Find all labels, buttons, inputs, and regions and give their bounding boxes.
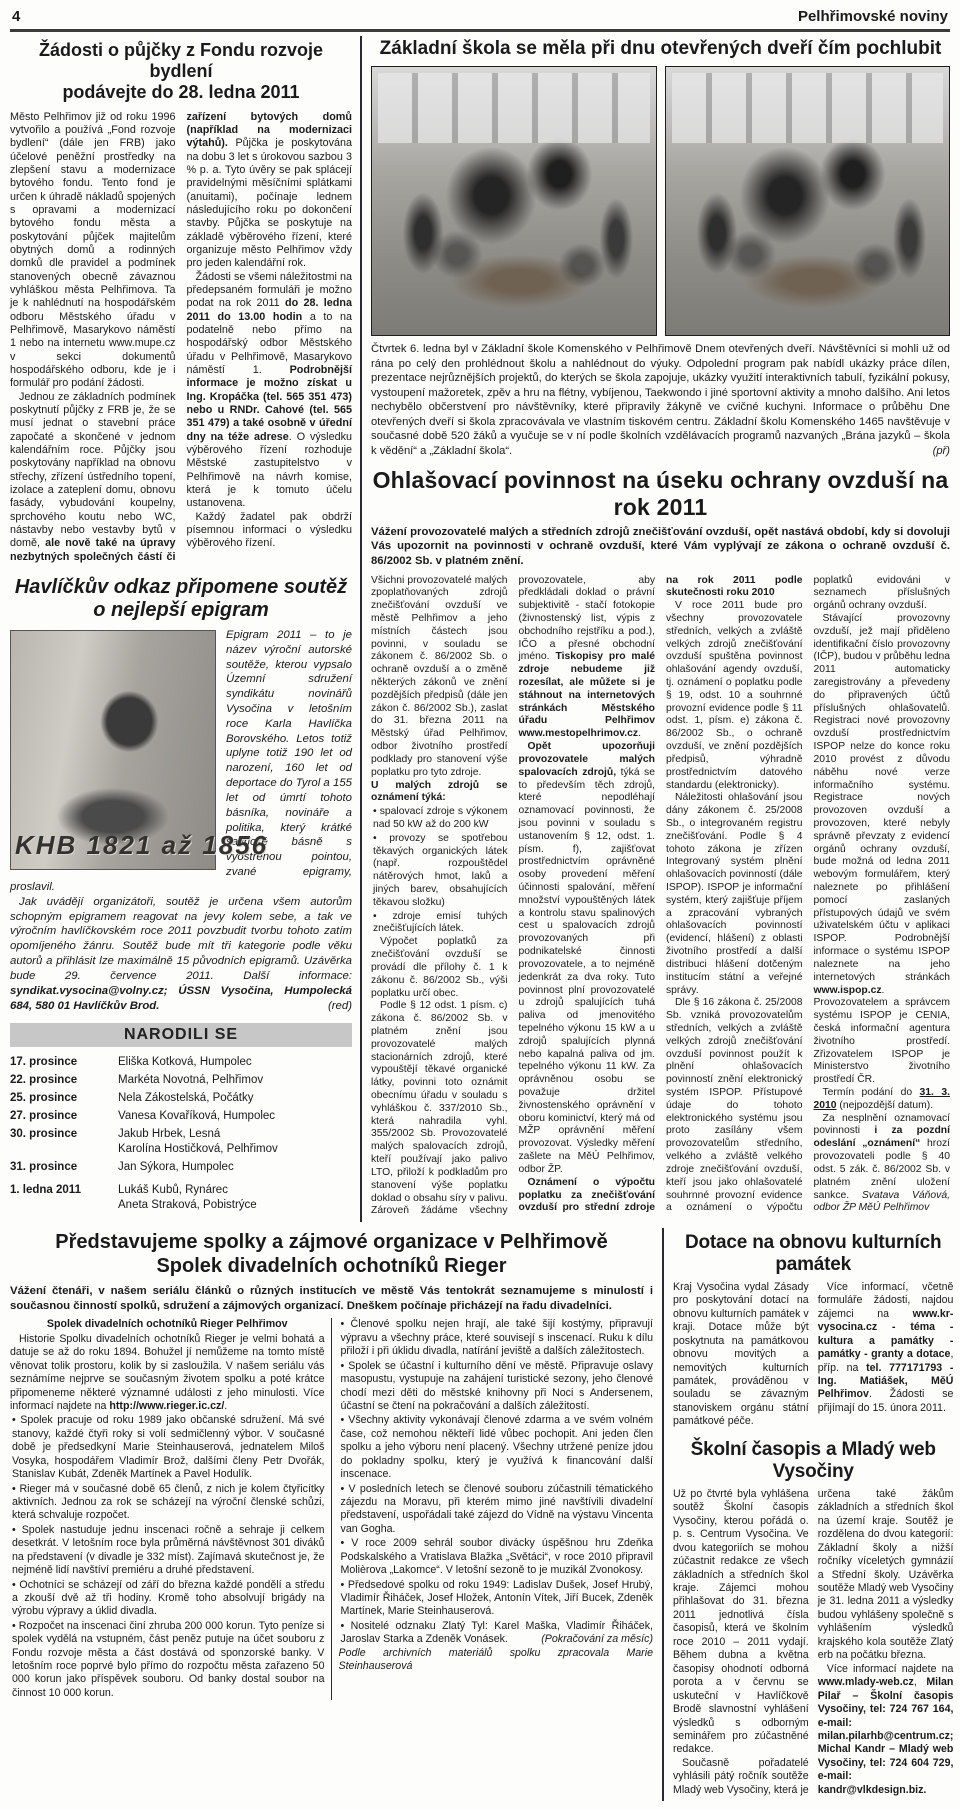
birth-names: Eliška Kotková, Humpolec	[118, 1055, 352, 1070]
epigram-article: KHB 1821 až 1856 Epigram 2011 – to je ná…	[10, 628, 352, 1014]
loan-title-line2: podávejte do 28. ledna 2011	[10, 82, 352, 103]
paragraph: Jak uvádějí organizátoři, soutěž je urče…	[10, 895, 352, 1014]
classroom-photo-2	[665, 66, 951, 336]
left-column: Žádosti o půjčky z Fondu rozvoje bydlení…	[10, 36, 362, 1222]
birth-date: 25. prosince	[10, 1091, 118, 1106]
birth-names: Lukáš Kubů, RynárecAneta Straková, Pobis…	[118, 1183, 352, 1213]
air-article-lead: Vážení provozovatelé malých a středních …	[371, 525, 950, 569]
air-article-title: Ohlašovací povinnost na úseku ochrany ov…	[371, 467, 950, 521]
classroom-photo-1	[371, 66, 657, 336]
paragraph: • Nositelé odznaku Zlatý Tyl: Karel Mašk…	[339, 1620, 654, 1647]
birth-entry: 31. prosinceJan Sýkora, Humpolec	[10, 1160, 352, 1175]
page-number: 4	[12, 8, 20, 25]
birth-entry: 17. prosinceEliška Kotková, Humpolec	[10, 1055, 352, 1070]
birth-names: Jan Sýkora, Humpolec	[118, 1160, 352, 1175]
spolek-heading-line1: Představujeme spolky a zájmové organizac…	[10, 1230, 653, 1254]
spolek-heading-line2: Spolek divadelních ochotníků Rieger	[10, 1254, 653, 1278]
paragraph: • Spolek nastuduje jednu inscenaci ročně…	[10, 1524, 325, 1578]
dotace-article-title: Dotace na obnovu kulturních památek	[673, 1232, 953, 1276]
webmag-article-title: Školní časopis a Mladý web Vysočiny	[673, 1439, 953, 1483]
birth-list: 17. prosinceEliška Kotková, Humpolec22. …	[10, 1055, 352, 1212]
birth-date: 31. prosince	[10, 1160, 118, 1175]
photo-row	[371, 66, 950, 336]
birth-entry: 27. prosinceVanesa Kovaříková, Humpolec	[10, 1109, 352, 1124]
right-column: Základní škola se měla při dnu otevřenýc…	[362, 36, 950, 1222]
epigram-title-line1: Havlíčkův odkaz připomene soutěž	[10, 576, 352, 599]
birth-names: Vanesa Kovaříková, Humpolec	[118, 1109, 352, 1124]
birth-date: 1. ledna 2011	[10, 1183, 118, 1213]
epigram-title-line2: o nejlepší epigram	[10, 599, 352, 622]
birth-date: 17. prosince	[10, 1055, 118, 1070]
bottom-grid: Představujeme spolky a zájmové organizac…	[10, 1228, 950, 1801]
paragraph: • V posledních letech se členové souboru…	[339, 1483, 654, 1537]
webmag-article-body: Už po čtvrté byla vyhlášena soutěž Školn…	[673, 1488, 953, 1797]
epigram-title: Havlíčkův odkaz připomene soutěž o nejle…	[10, 576, 352, 622]
paragraph: Opět upozorňuji provozovatele malých spa…	[519, 741, 656, 1177]
dotace-article-body: Kraj Vysočina vydal Zásady pro poskytová…	[673, 1281, 953, 1429]
paragraph: Kraj Vysočina vydal Zásady pro poskytová…	[673, 1281, 809, 1429]
paragraph: • Členové spolku nejen hrají, ale také š…	[339, 1318, 654, 1358]
paragraph: Už po čtvrté byla vyhlášena soutěž Školn…	[673, 1488, 809, 1757]
paragraph: • provozy se spotřebou těkavých organick…	[371, 833, 508, 910]
birth-names: Markéta Novotná, Pelhřimov	[118, 1073, 352, 1088]
paragraph: Více informací najdete na www.mlady-web.…	[818, 1663, 954, 1798]
paragraph: Vážení čtenáři, v našem seriálu článků o…	[10, 1284, 653, 1314]
paragraph: Za nesplnění oznamovací povinnosti i za …	[814, 1113, 951, 1216]
school-article-title: Základní škola se měla při dnu otevřenýc…	[371, 38, 950, 60]
newspaper-page: 4 Pelhřimovské noviny Žádosti o půjčky z…	[0, 0, 960, 1809]
paragraph: • Rieger má v současné době 65 členů, z …	[10, 1483, 325, 1523]
page-header: 4 Pelhřimovské noviny	[10, 6, 950, 32]
paragraph: • zdroje emisí tuhých znečišťujících lát…	[371, 911, 508, 937]
paragraph: Vážení provozovatelé malých a středních …	[371, 525, 950, 569]
birth-entry: 1. ledna 2011Lukáš Kubů, RynárecAneta St…	[10, 1183, 352, 1213]
spolek-article-body: Spolek divadelních ochotníků Rieger Pelh…	[10, 1318, 653, 1700]
paragraph: Historie Spolku divadelních ochotníků Ri…	[10, 1333, 325, 1414]
paragraph: • Spolek pracuje od roku 1989 jako občan…	[10, 1414, 325, 1481]
paragraph: Spolek divadelních ochotníků Rieger Pelh…	[10, 1318, 325, 1331]
paragraph: U malých zdrojů se oznámení týká:	[371, 780, 508, 806]
paragraph: • spalovací zdroje s výkonem nad 50 kW a…	[371, 806, 508, 832]
birth-date: 30. prosince	[10, 1127, 118, 1157]
loan-article-title: Žádosti o půjčky z Fondu rozvoje bydlení…	[10, 40, 352, 104]
birth-names: Jakub Hrbek, LesnáKarolína Hostičková, P…	[118, 1127, 352, 1157]
birth-date: 22. prosince	[10, 1073, 118, 1088]
top-grid: Žádosti o půjčky z Fondu rozvoje bydlení…	[10, 36, 950, 1222]
birth-date: 27. prosince	[10, 1109, 118, 1124]
paragraph: Podle archivních materiálů spolku zpraco…	[339, 1647, 654, 1674]
havlicek-portrait-photo: KHB 1821 až 1856	[10, 630, 216, 870]
spolek-lead: Vážení čtenáři, v našem seriálu článků o…	[10, 1284, 653, 1314]
air-article-body: Všichni provozovatelé malých zpoplatňova…	[371, 575, 950, 1219]
portrait-caption: KHB 1821 až 1856	[15, 829, 268, 863]
paragraph: • Ochotníci se scházejí od září do březn…	[10, 1579, 325, 1619]
masthead: Pelhřimovské noviny	[798, 8, 948, 25]
bottom-right-column: Dotace na obnovu kulturních památek Kraj…	[662, 1228, 953, 1801]
paragraph: Každý žadatel pak obdrží písemnou inform…	[187, 511, 353, 551]
paragraph: • V roce 2009 sehrál soubor divácky úspě…	[339, 1537, 654, 1577]
births-section-header: NARODILI SE	[10, 1023, 352, 1047]
birth-entry: 22. prosinceMarkéta Novotná, Pelhřimov	[10, 1073, 352, 1088]
paragraph: Náležitosti ohlašování jsou dány zákonem…	[666, 792, 803, 997]
paragraph: Všichni provozovatelé malých zpoplatňova…	[371, 575, 508, 780]
paragraph: Čtvrtek 6. ledna byl v Základní škole Ko…	[371, 342, 950, 459]
birth-entry: 25. prosinceNela Zákostelská, Počátky	[10, 1091, 352, 1106]
paragraph: Žádosti se všemi náležitostmi na předeps…	[187, 271, 353, 511]
birth-entry: 30. prosinceJakub Hrbek, LesnáKarolína H…	[10, 1127, 352, 1157]
paragraph: Více informací, včetně formuláře žádosti…	[818, 1281, 954, 1416]
paragraph: V roce 2011 bude pro všechny provozovate…	[666, 600, 803, 792]
paragraph: • Všechny aktivity vykonávají členové zd…	[339, 1414, 654, 1481]
paragraph: Stávající provozovny ovzduší, jež mají p…	[814, 613, 951, 1087]
loan-title-line1: Žádosti o půjčky z Fondu rozvoje bydlení	[10, 40, 352, 82]
school-article-body: Čtvrtek 6. ledna byl v Základní škole Ko…	[371, 342, 950, 459]
loan-article-body: Město Pelhřimov již od roku 1996 vytvoři…	[10, 111, 352, 564]
paragraph: • Předsedové spolku od roku 1949: Ladisl…	[339, 1579, 654, 1619]
paragraph: • Spolek se účastní i kulturního dění ve…	[339, 1360, 654, 1414]
paragraph: • Rozpočet na inscenaci činí zhruba 200 …	[10, 1620, 325, 1701]
birth-names: Nela Zákostelská, Počátky	[118, 1091, 352, 1106]
paragraph: Město Pelhřimov již od roku 1996 vytvoři…	[10, 111, 176, 391]
bottom-left-column: Představujeme spolky a zájmové organizac…	[10, 1228, 662, 1801]
paragraph: Výpočet poplatků za znečišťování ovzduší…	[371, 936, 508, 1000]
paragraph: Termín podání do 31. 3. 2010 (nejpozdějš…	[814, 1087, 951, 1113]
